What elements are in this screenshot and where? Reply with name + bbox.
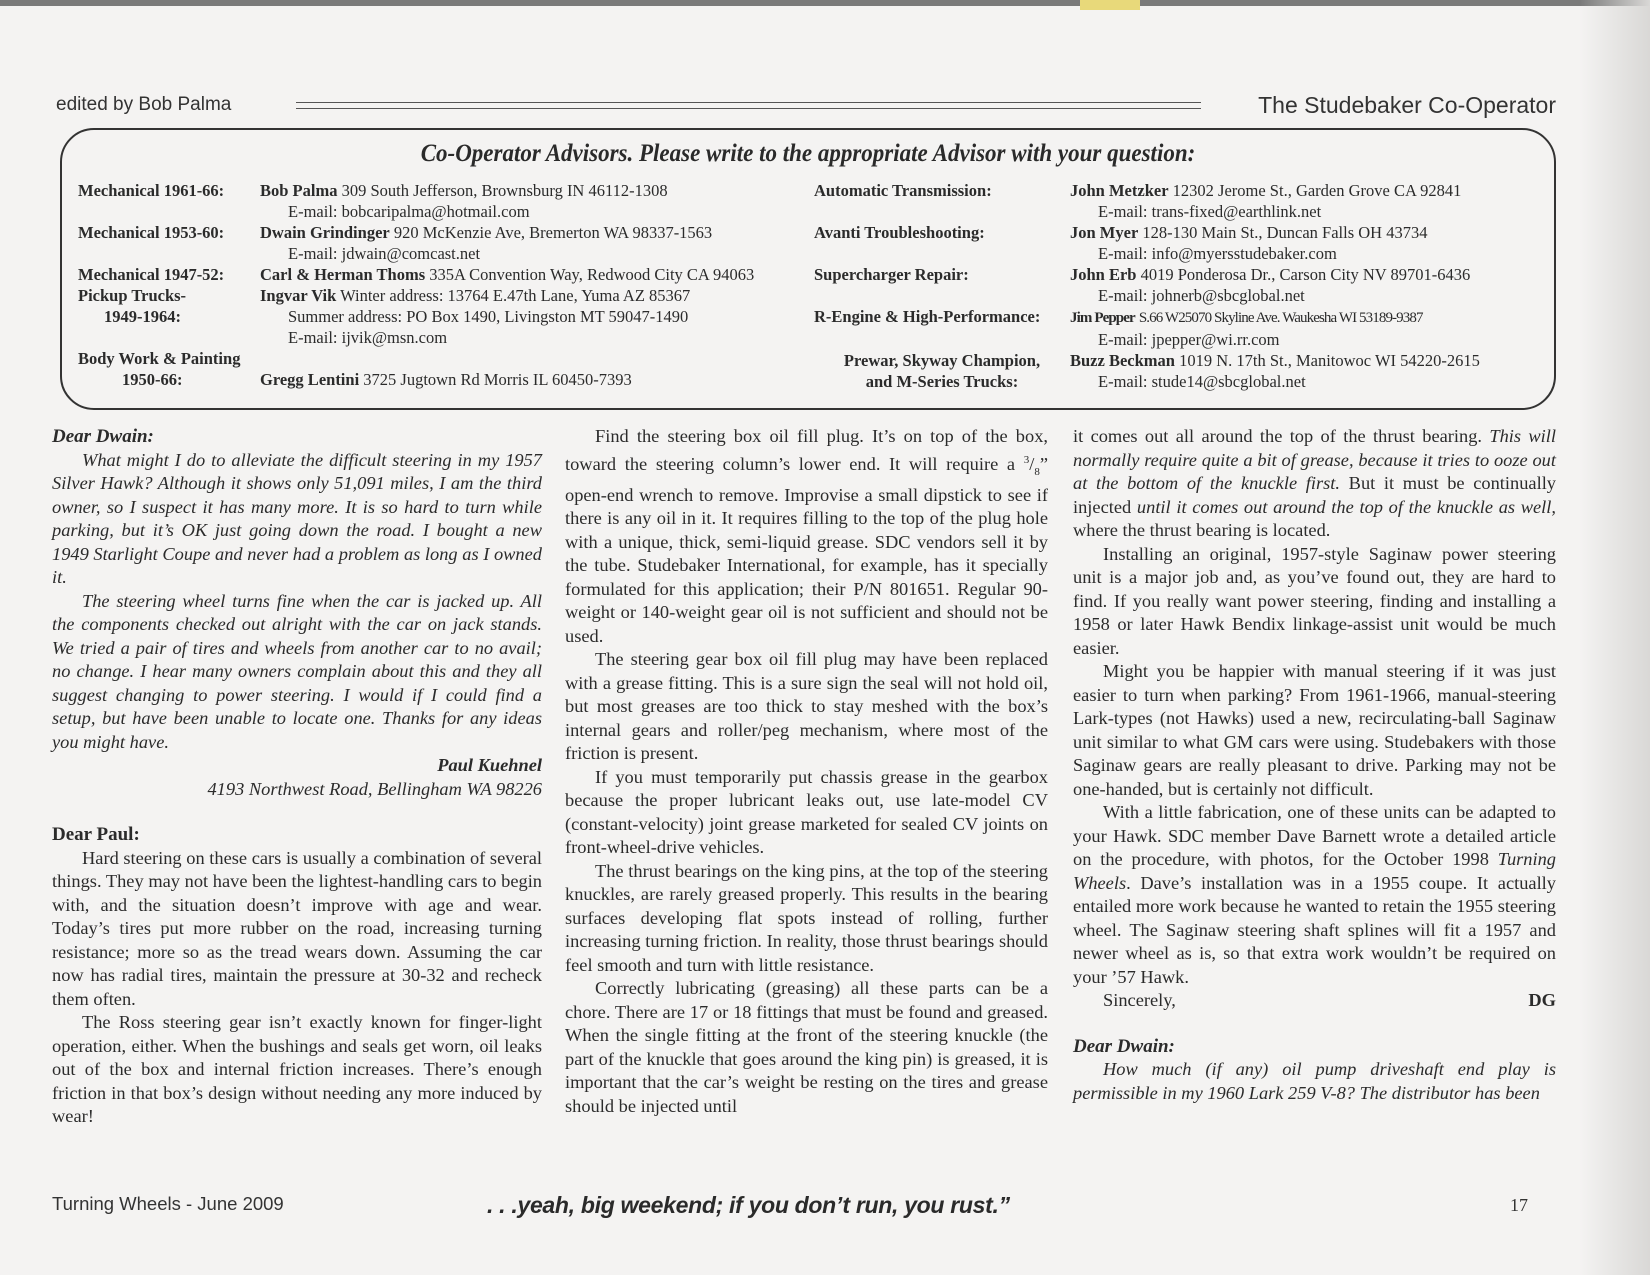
advisor-address: 309 South Jefferson, Brownsburg IN 46112… [342,181,668,200]
advisor-address: 920 McKenzie Ave, Bremerton WA 98337-156… [394,223,712,242]
article-column-3: it comes out all around the top of the t… [1073,425,1556,1105]
advisor-name: Carl & Herman Thoms [260,265,425,284]
reply-salutation: Dear Paul: [52,823,542,847]
advisors-right-column: Automatic Transmission: John Metzker 123… [814,180,1544,392]
advisor-entry: R-Engine & High-Performance: Jim Pepper … [814,306,1544,350]
advisor-name: Buzz Beckman [1070,351,1175,370]
advisor-entry: Automatic Transmission: John Metzker 123… [814,180,1544,222]
letter-paragraph: The steering wheel turns fine when the c… [52,590,542,755]
advisor-entry: Avanti Troubleshooting: Jon Myer 128-130… [814,222,1544,264]
advisor-address: 3725 Jugtown Rd Morris IL 60450-7393 [363,370,631,389]
reply-paragraph: The thrust bearings on the king pins, at… [565,860,1048,978]
advisor-email[interactable]: E-mail: trans-fixed@earthlink.net [1070,201,1544,222]
reply-paragraph: Correctly lubricating (greasing) all the… [565,977,1048,1118]
advisor-email[interactable]: E-mail: stude14@sbcglobal.net [1070,371,1544,392]
reply-paragraph: it comes out all around the top of the t… [1073,425,1556,543]
advisor-address: 4019 Ponderosa Dr., Carson City NV 89701… [1141,265,1471,284]
reply-paragraph: With a little fabrication, one of these … [1073,801,1556,989]
advisor-address-2: Summer address: PO Box 1490, Livingston … [260,306,798,327]
advisor-category: Supercharger Repair: [814,264,1070,306]
reply-paragraph: Find the steering box oil fill plug. It’… [565,425,1048,648]
column-title: The Studebaker Co-Operator [1258,92,1556,119]
advisor-category: Pickup Trucks- [78,285,260,306]
advisor-entry: Body Work & Painting 1950-66: Gregg Lent… [78,348,798,390]
advisors-left-column: Mechanical 1961-66: Bob Palma 309 South … [78,180,798,390]
reply-paragraph: Might you be happier with manual steerin… [1073,660,1556,801]
fraction-numerator: 3 [1024,454,1030,466]
reply-paragraph: If you must temporarily put chassis grea… [565,766,1048,860]
advisor-name: Bob Palma [260,181,337,200]
advisor-email[interactable]: E-mail: jdwain@comcast.net [260,243,798,264]
advisor-email[interactable]: E-mail: johnerb@sbcglobal.net [1070,285,1544,306]
editor-credit: edited by Bob Palma [56,94,231,116]
advisor-email[interactable]: E-mail: bobcaripalma@hotmail.com [260,201,798,222]
advisor-entry: Prewar, Skyway Champion, and M-Series Tr… [814,350,1544,392]
reply-paragraph: Installing an original, 1957-style Sagin… [1073,543,1556,661]
advisor-address: 1019 N. 17th St., Manitowoc WI 54220-261… [1179,351,1480,370]
letter-salutation: Dear Dwain: [52,425,542,449]
advisor-entry: Supercharger Repair: John Erb 4019 Ponde… [814,264,1544,306]
page-number: 17 [1510,1195,1528,1216]
advisor-category: Mechanical 1953-60: [78,222,260,264]
footer-quote: . . .yeah, big weekend; if you don’t run… [487,1192,1010,1219]
letter-salutation: Dear Dwain: [1073,1035,1556,1059]
advisor-category-years: 1949-1964: [78,306,260,327]
page-gutter-shadow [1580,0,1650,1275]
advisor-address: 335A Convention Way, Redwood City CA 940… [429,265,754,284]
running-head: edited by Bob Palma The Studebaker Co-Op… [56,94,1556,122]
letter-signature-name: Paul Kuehnel [437,755,542,775]
advisor-entry: Mechanical 1961-66: Bob Palma 309 South … [78,180,798,222]
letter-signature-address: 4193 Northwest Road, Bellingham WA 98226 [52,778,542,802]
advisor-category: Avanti Troubleshooting: [814,222,1070,264]
reply-paragraph: The Ross steering gear isn’t exactly kno… [52,1011,542,1129]
reply-closing: Sincerely, DG [1073,989,1556,1013]
letter-paragraph: How much (if any) oil pump driveshaft en… [1073,1058,1556,1105]
advisor-entry: Mechanical 1947-52: Carl & Herman Thoms … [78,264,798,285]
letter-paragraph: What might I do to alleviate the difficu… [52,449,542,590]
advisor-category: Body Work & Painting [78,348,260,369]
advisor-category-line2: and M-Series Trucks: [814,371,1070,392]
advisors-title: Co-Operator Advisors. Please write to th… [122,140,1495,168]
closing-text: Sincerely, [1103,989,1176,1013]
reply-paragraph: Hard steering on these cars is usually a… [52,847,542,1012]
advisor-category: Prewar, Skyway Champion, [814,350,1070,371]
article-column-1: Dear Dwain: What might I do to alleviate… [52,425,542,1129]
advisor-address: 128-130 Main St., Duncan Falls OH 43734 [1142,223,1427,242]
header-double-rule [296,102,1201,109]
footer-publication: Turning Wheels - June 2009 [52,1193,284,1215]
advisor-name: Gregg Lentini [260,370,359,389]
article-column-2: Find the steering box oil fill plug. It’… [565,425,1048,1118]
advisor-entry: Mechanical 1953-60: Dwain Grindinger 920… [78,222,798,264]
advisor-category: R-Engine & High-Performance: [814,306,1070,350]
advisor-category: Mechanical 1947-52: [78,264,260,285]
page-top-edge [0,0,1650,6]
advisor-email[interactable]: E-mail: ijvik@msn.com [260,327,798,348]
advisor-address: S.66 W25070 Skyline Ave. Waukesha WI 531… [1139,310,1423,326]
advisor-name: John Metzker [1070,181,1169,200]
advisor-email[interactable]: E-mail: info@myersstudebaker.com [1070,243,1544,264]
reply-paragraph: The steering gear box oil fill plug may … [565,648,1048,766]
advisor-name: Dwain Grindinger [260,223,390,242]
advisor-address: Winter address: 13764 E.47th Lane, Yuma … [340,286,690,305]
advisor-category: Mechanical 1961-66: [78,180,260,222]
advisor-name: Jim Pepper [1070,310,1135,326]
advisor-email[interactable]: E-mail: jpepper@wi.rr.com [1070,329,1544,350]
advisors-box: Co-Operator Advisors. Please write to th… [60,128,1556,410]
sticky-tab [1080,0,1140,10]
advisor-name: Jon Myer [1070,223,1138,242]
advisor-address: 12302 Jerome St., Garden Grove CA 92841 [1173,181,1462,200]
advisor-entry: Pickup Trucks- 1949-1964: Ingvar Vik Win… [78,285,798,348]
advisor-name: Ingvar Vik [260,286,336,305]
advisor-category-years: 1950-66: [78,369,260,390]
closing-initials: DG [1528,989,1556,1013]
advisor-name: John Erb [1070,265,1136,284]
advisor-category: Automatic Transmission: [814,180,1070,222]
